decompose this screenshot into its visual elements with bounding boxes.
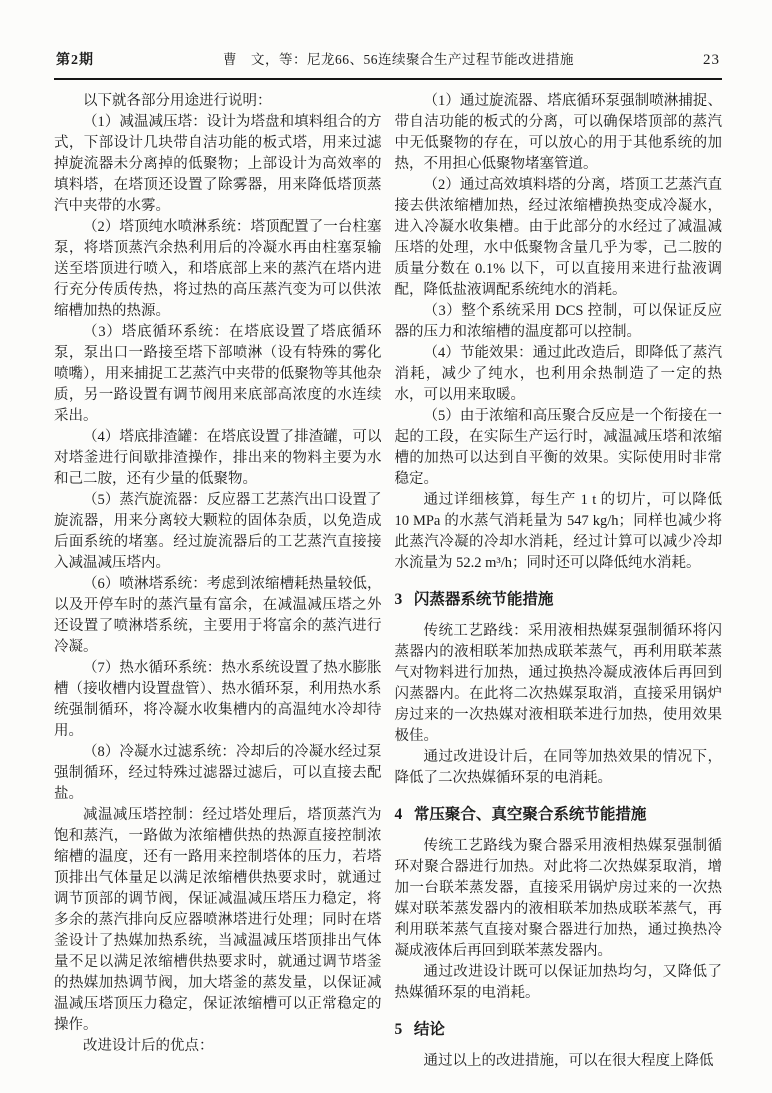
paragraph: 通过以上的改进措施，可以在很大程度上降低: [395, 1051, 723, 1072]
left-column: 以下就各部分用途进行说明： （1）减温减压塔：设计为塔盘和填料组合的方式，下部设…: [54, 91, 382, 1072]
section-title: 结论: [414, 1021, 445, 1038]
paragraph: （1）通过旋流器、塔底循环泵强制喷淋捕捉、带自洁功能的板式的分离，可以确保塔顶部…: [395, 91, 723, 175]
paper-page: 第2期 曹 文，等：尼龙66、56连续聚合生产过程节能改进措施 23 以下就各部…: [0, 0, 772, 1093]
paragraph: （5）蒸汽旋流器：反应器工艺蒸汽出口设置了旋流器，用来分离较大颗粒的固体杂质，以…: [54, 490, 382, 574]
section-title: 闪蒸器系统节能措施: [414, 591, 554, 608]
paragraph: （4）节能效果：通过此改造后，即降低了蒸汽消耗，减少了纯水，也利用余热制造了一定…: [395, 343, 723, 406]
paragraph: 通过改进设计既可以保证加热均匀，又降低了热媒循环泵的电消耗。: [395, 962, 723, 1004]
paragraph: 通过改进设计后，在同等加热效果的情况下，降低了二次热媒循环泵的电消耗。: [395, 747, 723, 789]
paragraph: （4）塔底排渣罐：在塔底设置了排渣罐，可以对塔釜进行间歇排渣操作，排出来的物料主…: [54, 427, 382, 490]
paragraph: （3）塔底循环系统：在塔底设置了塔底循环泵，泵出口一路接至塔下部喷淋（设有特殊的…: [54, 322, 382, 427]
two-column-body: 以下就各部分用途进行说明： （1）减温减压塔：设计为塔盘和填料组合的方式，下部设…: [54, 91, 722, 1072]
section-number: 5: [395, 1021, 403, 1038]
section-number: 4: [395, 806, 403, 823]
paragraph: （2）塔顶纯水喷淋系统：塔顶配置了一台柱塞泵，将塔顶蒸汽余热利用后的冷凝水再由柱…: [54, 217, 382, 322]
paragraph: （3）整个系统采用 DCS 控制，可以保证反应器的压力和浓缩槽的温度都可以控制。: [395, 301, 723, 343]
paragraph: （8）冷凝水过滤系统：冷却后的冷凝水经过泵强制循环，经过特殊过滤器过滤后，可以直…: [54, 742, 382, 805]
paragraph: （7）热水循环系统：热水系统设置了热水膨胀槽（接收槽内设置盘管）、热水循环泵，利…: [54, 658, 382, 742]
paragraph: 传统工艺路线：采用液相热媒泵强制循环将闪蒸器内的液相联苯加热成联苯蒸气，再利用联…: [395, 621, 723, 747]
paragraph: 传统工艺路线为聚合器采用液相热媒泵强制循环对聚合器进行加热。对此将二次热媒泵取消…: [395, 836, 723, 962]
paragraph: 改进设计后的优点：: [54, 1036, 382, 1057]
paragraph: （5）由于浓缩和高压聚合反应是一个衔接在一起的工段，在实际生产运行时，减温减压塔…: [395, 406, 723, 490]
right-column: （1）通过旋流器、塔底循环泵强制喷淋捕捉、带自洁功能的板式的分离，可以确保塔顶部…: [395, 91, 723, 1072]
section-title: 常压聚合、真空聚合系统节能措施: [414, 806, 647, 823]
running-title: 曹 文，等：尼龙66、56连续聚合生产过程节能改进措施: [223, 48, 574, 68]
section-heading-flash-evaporator: 3闪蒸器系统节能措施: [395, 589, 723, 611]
paragraph: （1）减温减压塔：设计为塔盘和填料组合的方式，下部设计几块带自洁功能的板式塔，用…: [54, 112, 382, 217]
section-number: 3: [395, 591, 403, 608]
paragraph: 以下就各部分用途进行说明：: [54, 91, 382, 112]
section-heading-polymerization-systems: 4常压聚合、真空聚合系统节能措施: [395, 804, 723, 826]
paragraph: （6）喷淋塔系统：考虑到浓缩槽耗热量较低，以及开停车时的蒸汽量有富余，在减温减压…: [54, 574, 382, 658]
running-header: 第2期 曹 文，等：尼龙66、56连续聚合生产过程节能改进措施 23: [54, 48, 722, 80]
section-heading-conclusion: 5结论: [395, 1019, 723, 1041]
paragraph: 通过详细核算，每生产 1 t 的切片，可以降低 10 MPa 的水蒸气消耗量为 …: [395, 490, 723, 574]
paragraph: 减温减压塔控制：经过塔处理后，塔顶蒸汽为饱和蒸汽，一路做为浓缩槽供热的热源直接控…: [54, 805, 382, 1036]
paragraph: （2）通过高效填料塔的分离，塔顶工艺蒸汽直接去供浓缩槽加热，经过浓缩槽换热变成冷…: [395, 175, 723, 301]
page-number: 23: [703, 52, 720, 69]
issue-label: 第2期: [56, 49, 94, 69]
